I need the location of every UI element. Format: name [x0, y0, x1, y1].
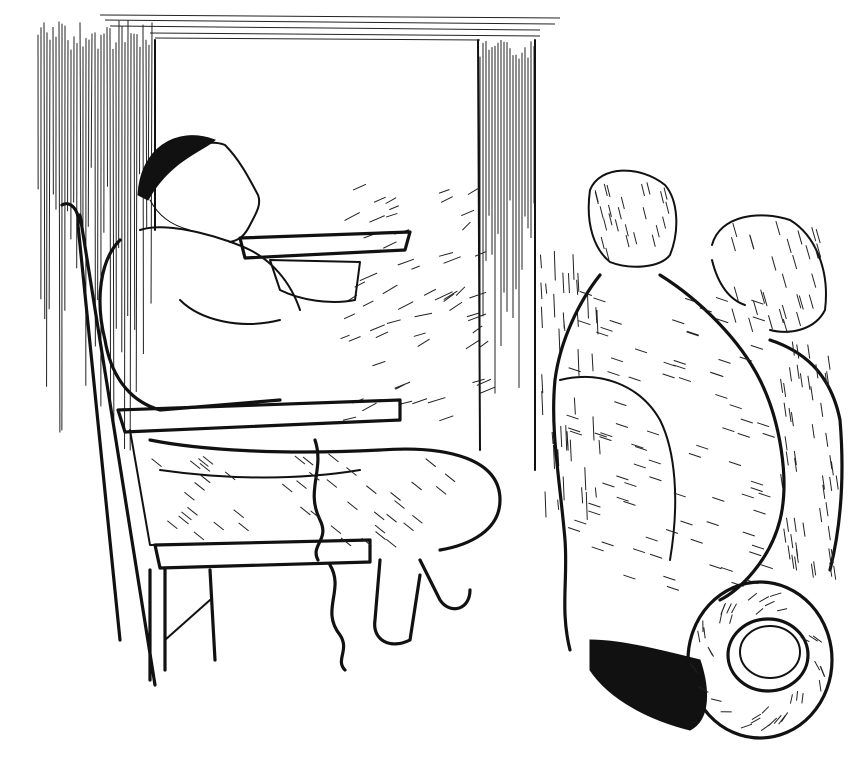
brimmed-hat — [688, 582, 832, 738]
doorway-frame — [38, 15, 600, 520]
ink-illustration — [0, 0, 852, 761]
standing-man-back — [554, 171, 784, 730]
illustration-canvas — [0, 0, 852, 761]
armchair — [62, 204, 400, 685]
